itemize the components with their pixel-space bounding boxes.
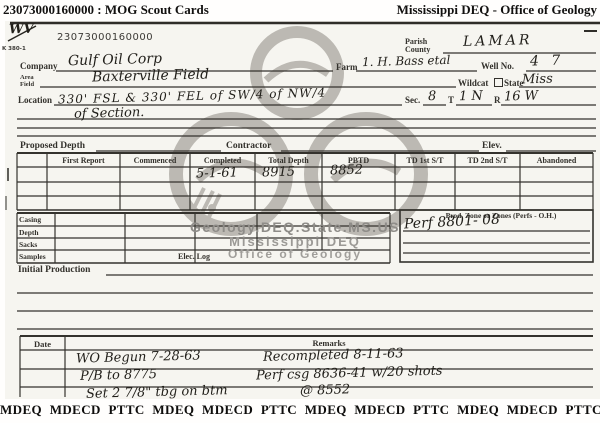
sec-label: Sec. [405,95,420,105]
farm-label: Farm [336,62,358,72]
col-header-completed: Completed [190,156,255,165]
elec-log-label: Elec. Log [178,252,210,261]
company-value: Gulf Oil Corp [68,51,162,69]
range-value: 16 W [504,89,538,105]
col-header-td-2nd-st: TD 2nd S/T [455,156,520,165]
farm-value: 1. H. Bass etal [362,53,451,69]
col-header-td-1st-st: TD 1st S/T [395,156,455,165]
sec-value: 8 [428,89,437,104]
contractor-label: Contractor [226,141,271,151]
remark-row3-right: @ 8552 [300,382,351,398]
casing-row-label: Casing [19,215,41,224]
remark-row2-left: P/B to 8775 [80,367,157,384]
samples-row-label: Samples [19,252,46,261]
completed-value: 5-1-61 [196,165,238,181]
well-no-label: Well No. [481,61,514,71]
form-number: K 380-1 [2,46,26,52]
company-label: Company [20,61,58,71]
state-label: State [504,78,524,88]
range-label: R [494,95,501,105]
wildcat-label: Wildcat [458,78,488,88]
wildcat-checkbox [494,78,503,87]
col-header-abandoned: Abandoned [520,156,593,165]
col-header-first-report: First Report [47,156,120,165]
location-value-line2: of Section. [74,105,145,122]
location-label: Location [18,95,52,105]
handwritten-corner-mark: WV [9,22,34,38]
api-number: 23073000160000 [57,32,153,43]
pbtd-value: 8852 [330,163,363,179]
sacks-row-label: Sacks [19,240,37,249]
area-label: Area [20,74,34,81]
depth-row-label: Depth [19,228,39,237]
proposed-depth-label: Proposed Depth [20,141,85,151]
date-column-header: Date [20,339,65,349]
field-value: Baxterville Field [92,66,210,85]
well-no-value: 4 7 [530,53,565,70]
township-label: T [448,95,454,105]
state-value: Miss [522,72,553,88]
county-value: LAMAR [463,32,533,50]
col-header-total-depth: Total Depth [255,156,322,165]
scout-card-page: 23073000160000 : MOG Scout Cards Mississ… [0,0,600,423]
col-header-commenced: Commenced [120,156,190,165]
initial-production-label: Initial Production [18,265,90,275]
township-value: 1 N [459,89,483,105]
field-label: Field [20,81,34,88]
total-depth-value: 8915 [262,165,295,181]
elev-label: Elev. [482,141,502,151]
remarks-column-header: Remarks [65,338,593,348]
